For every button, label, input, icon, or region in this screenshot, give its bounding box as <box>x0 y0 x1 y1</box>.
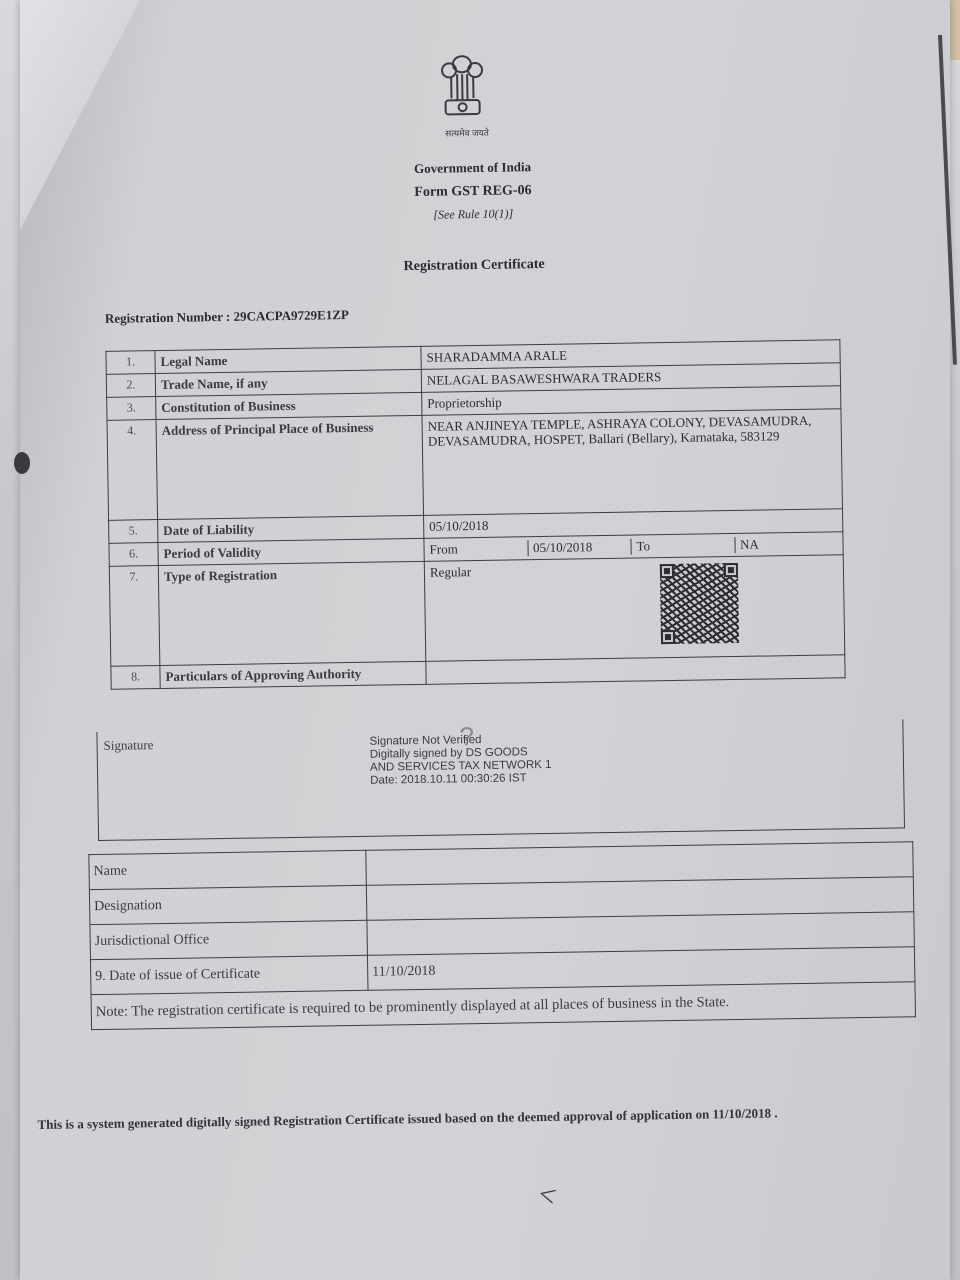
certificate: सत्यमेव जयते Government of India Form GS… <box>0 0 960 1280</box>
row-number: 2. <box>106 374 155 398</box>
row-number: 3. <box>107 397 156 421</box>
issue-date-label: 9. Date of issue of Certificate <box>90 955 368 994</box>
signature-date: Date: 2018.10.11 00:30:26 IST <box>370 772 552 788</box>
authority-table: Name Designation Jurisdictional Office 9… <box>88 841 916 1030</box>
row-number: 1. <box>106 351 155 375</box>
row-number: 8. <box>111 666 160 690</box>
form-title: Form GST REG-06 <box>323 182 623 203</box>
registration-type-cell: Regular <box>424 555 845 662</box>
table-row: 7. Type of Registration Regular <box>109 555 844 667</box>
registration-number-label: Registration Number : <box>105 309 231 326</box>
row-label: Particulars of Approving Authority <box>160 661 426 688</box>
national-emblem-icon <box>437 52 488 125</box>
certificate-title: Registration Certificate <box>324 256 624 277</box>
government-heading: Government of India <box>322 158 622 179</box>
emblem-motto: सत्यमेव जयते <box>422 125 512 139</box>
validity-from-label: From <box>429 540 527 558</box>
signature-question-icon: ? <box>459 730 474 743</box>
row-label: Type of Registration <box>158 561 426 665</box>
registration-number: Registration Number : 29CACPA9729E1ZP <box>105 307 349 327</box>
row-number: 7. <box>109 566 160 667</box>
table-row: 4. Address of Principal Place of Busines… <box>107 409 842 521</box>
rule-reference: [See Rule 10(1)] <box>323 205 623 225</box>
handwritten-tick-mark: < <box>535 1177 560 1214</box>
validity-from-value: 05/10/2018 <box>527 539 631 557</box>
qr-code-icon <box>660 563 739 644</box>
registration-number-value: 29CACPA9729E1ZP <box>233 307 349 324</box>
row-label: Address of Principal Place of Business <box>156 415 424 519</box>
validity-to-value: NA <box>734 535 838 553</box>
registration-type-value: Regular <box>430 564 471 580</box>
system-generated-footer: This is a system generated digitally sig… <box>37 1102 960 1133</box>
signature-box: Signature ? Signature Not Verified Digit… <box>96 719 905 841</box>
designation-label: Designation <box>89 885 367 924</box>
name-label: Name <box>89 850 367 889</box>
address-value: NEAR ANJINEYA TEMPLE, ASHRAYA COLONY, DE… <box>422 409 843 516</box>
validity-to-label: To <box>630 537 734 555</box>
jurisdictional-office-label: Jurisdictional Office <box>90 920 368 959</box>
row-number: 5. <box>109 520 158 544</box>
details-table: 1. Legal Name SHARADAMMA ARALE 2. Trade … <box>105 339 845 690</box>
digital-signature-stamp: ? Signature Not Verified Digitally signe… <box>369 733 551 788</box>
signature-label: Signature <box>103 737 153 754</box>
row-number: 4. <box>107 420 158 521</box>
row-number: 6. <box>109 543 158 567</box>
